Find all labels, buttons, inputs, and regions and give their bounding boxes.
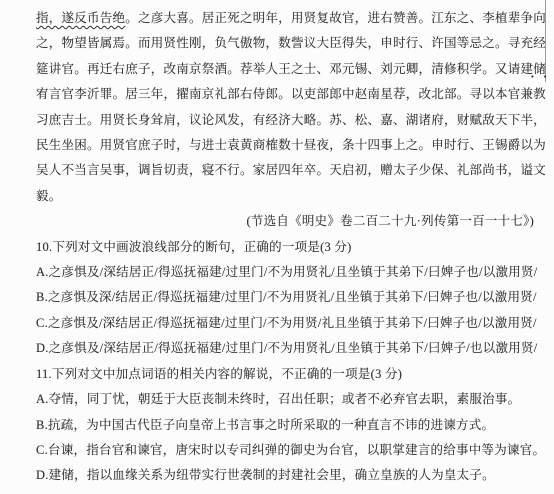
passage-line-1: 指，遂反币告绝。之彦大喜。居正死之明年，用贤复故官，进右赞善。江东之、李植辈争向 bbox=[36, 6, 546, 31]
passage-line-7: 吴人不当言吴事，调旨切责，寝不行。家居四年卒。天启初，赠太子少保、礼部尚书，谥文 bbox=[36, 158, 546, 183]
passage-line-8: 毅。 bbox=[36, 184, 546, 209]
question-11-option-b: B.抗疏，为中国古代臣子向皇帝上书言事之时所采取的一种直言不讳的进谏方式。 bbox=[36, 413, 546, 438]
question-10-option-c: C.之彦惧及/深结居正/得巡抚福建/过里门/不为用贤/礼且坐镇于其弟下/曰婢子也… bbox=[36, 311, 546, 336]
passage-line-6: 民生坐困。用贤官庶子时，与进士袁黄商榷数十昼夜，条十四事上之。申时行、王锡爵以为 bbox=[36, 133, 546, 158]
question-11-option-c: C.台谏，指台官和谏官，唐宋时以专司纠弹的御史为台官，以职掌建言的给事中等为谏官… bbox=[36, 438, 546, 463]
question-10-prompt: 10.下列对文中画波浪线部分的断句，正确的一项是(3 分) bbox=[36, 235, 546, 260]
exam-content: 指，遂反币告绝。之彦大喜。居正死之明年，用贤复故官，进右赞善。江东之、李植辈争向… bbox=[36, 6, 546, 489]
source-citation: (节选自《明史》卷二百二十九·列传第一百一十七》) bbox=[36, 209, 546, 234]
wavy-underlined-text: 指，遂反币告绝 bbox=[36, 11, 125, 25]
question-10-option-b: B.之彦惧及深/结居正/得巡抚福建/过里门/不为用贤礼/且坐镇于其弟下/曰婢子也… bbox=[36, 285, 546, 310]
question-11-prompt: 11.下列对文中加点词语的相关内容的解说，不正确的一项是(3 分) bbox=[36, 362, 546, 387]
emphasis-dotted-word: 建储 bbox=[521, 62, 546, 78]
question-11-option-d: D.建储，指以血缘关系为纽带实行世袭制的封建社会里，确立皇族的人为皇太子。 bbox=[36, 463, 546, 488]
question-10-option-d: D.之彦惧及/深结居正/得巡抚福建/过里门/不为用贤礼/且坐镇于其弟下/曰婢子/… bbox=[36, 336, 546, 361]
passage-line-2: 之，物望皆属焉。而用贤性刚，负气傲物，数訾议大臣得失，申时行、许国等忌之。寻充经 bbox=[36, 31, 546, 56]
passage-line-3: 筵讲官。再迁右庶子，改南京祭酒。荐举人王之士、邓元锡、刘元卿，清修积学。又请建储… bbox=[36, 57, 546, 82]
question-11-option-a: A.夺情，同丁忧，朝廷于大臣丧制未终时，召出任职；或者不必弃官去职，素服治事。 bbox=[36, 387, 546, 412]
passage-line-5: 习庶吉士。用贤长身耸肩，议论风发，有经济大略。苏、松、嘉、湖诸府，财赋敌天下半， bbox=[36, 108, 546, 133]
question-10-option-a: A.之彦惧及/深结居正/得巡抚福建/过里门/不为用贤礼/且坐镇于其弟下/曰婢子也… bbox=[36, 260, 546, 285]
passage-text: 。之彦大喜。居正死之明年，用贤复故官，进右赞善。江东之、李植辈争向 bbox=[125, 11, 546, 25]
scanned-exam-page: 指，遂反币告绝。之彦大喜。居正死之明年，用贤复故官，进右赞善。江东之、李植辈争向… bbox=[0, 0, 554, 494]
passage-text: 筵讲官。再迁右庶子，改南京祭酒。荐举人王之士、邓元锡、刘元卿，清修积学。又请 bbox=[36, 62, 521, 76]
passage-line-4: 宥言官李沂罪。居三年，擢南京礼部右侍郎。以吏部郎中赵南星荐，改北部。寻以本官兼教 bbox=[36, 82, 546, 107]
